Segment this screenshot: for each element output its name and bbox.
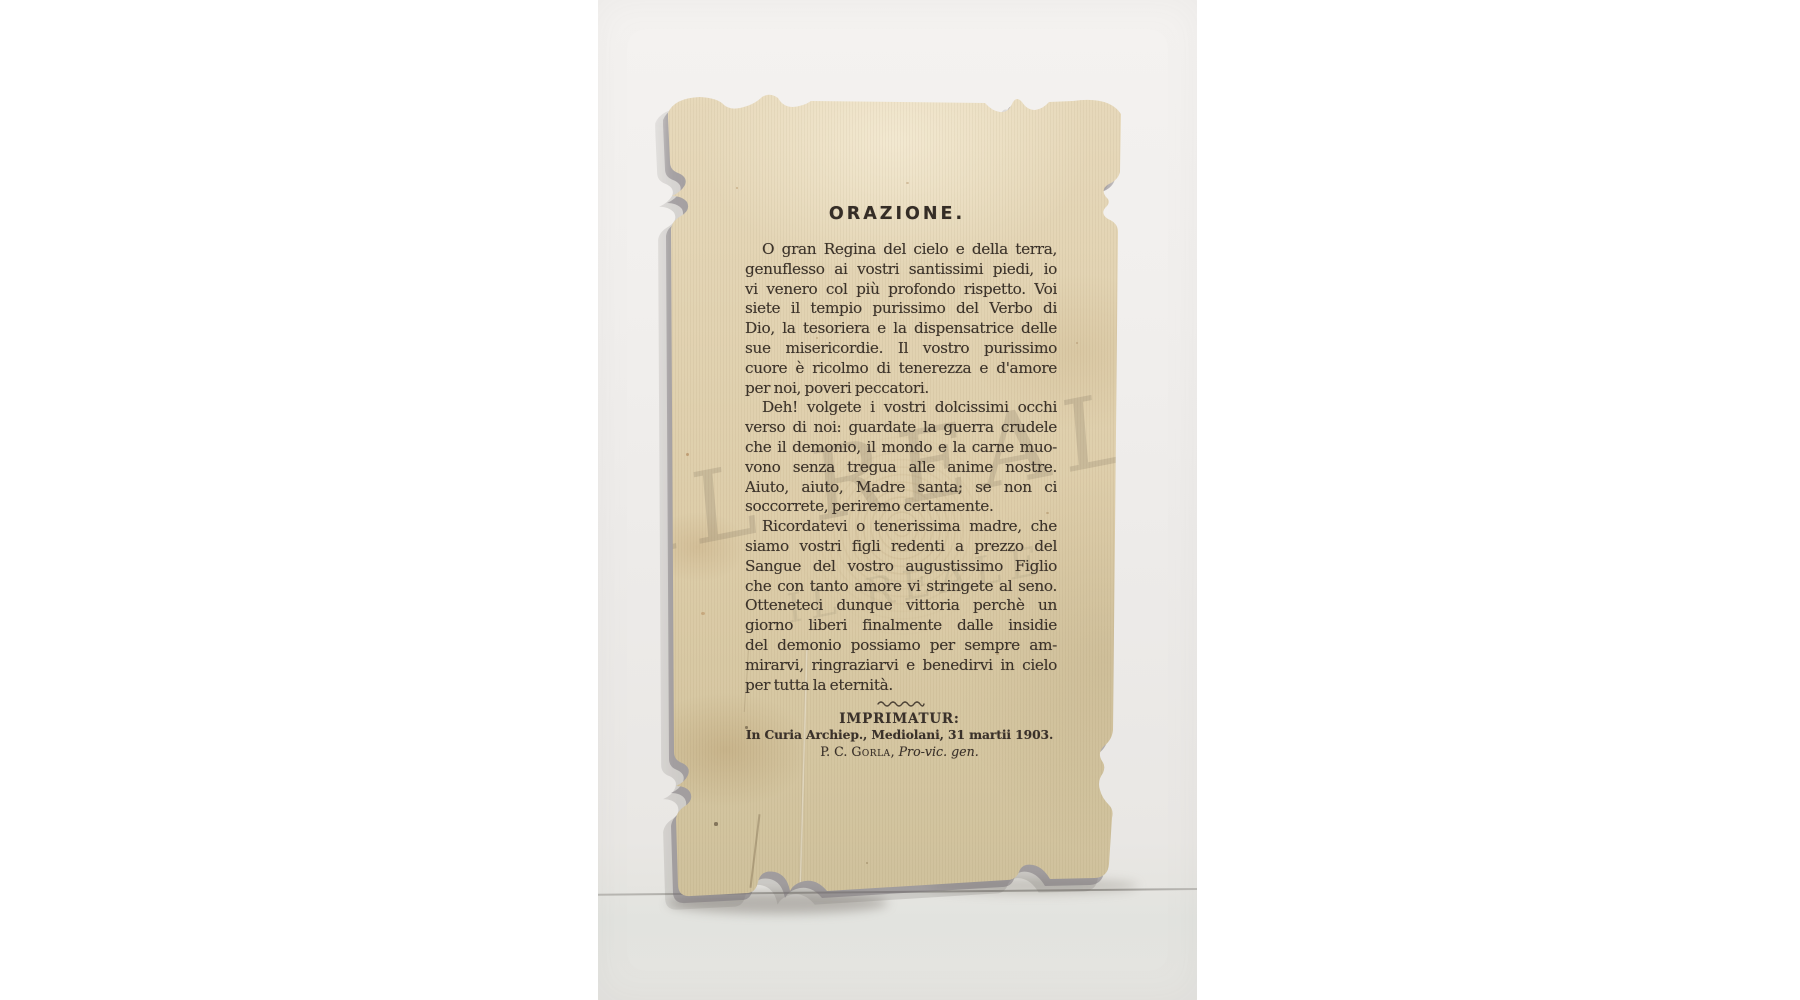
- paper-speck: [866, 862, 868, 864]
- prayer-line: soccorrete, periremo certamente.: [745, 497, 1057, 517]
- holy-card-back: IL REALE IL REALE ORAZIONE. O gran Regin…: [666, 92, 1124, 904]
- prayer-line: Dio, la tesoriera e la dispensatrice del…: [745, 319, 1057, 339]
- paper-speck: [1076, 342, 1078, 344]
- prayer-line: Deh! volgete i vostri dolcissimi occhi: [745, 398, 1057, 418]
- imprimatur-signature-line: P. C. Gorla, Pro-vic. gen.: [743, 744, 1056, 760]
- signature-role: Pro-vic. gen.: [899, 744, 979, 759]
- prayer-line: siete il tempio purissimo del Verbo di: [745, 299, 1057, 319]
- prayer-line: del demonio possiamo per sempre am-: [745, 636, 1057, 656]
- prayer-line: che il demonio, il mondo e la carne muo-: [745, 438, 1057, 458]
- signature-name: Gorla: [851, 744, 890, 759]
- prayer-line: verso di noi: guardate la guerra crudele: [745, 418, 1057, 438]
- photo-of-holy-card: IL REALE IL REALE ORAZIONE. O gran Regin…: [0, 0, 1800, 1000]
- paper-speck: [701, 612, 705, 615]
- prayer-line: Aiuto, aiuto, Madre santa; se non ci: [745, 478, 1057, 498]
- paper-speck: [906, 182, 909, 184]
- prayer-line: genuflesso ai vostri santissimi piedi, i…: [745, 260, 1057, 280]
- imprimatur-heading: IMPRIMATUR:: [743, 711, 1056, 727]
- prayer-line: per noi, poveri peccatori.: [745, 379, 1057, 399]
- prayer-line: cuore è ricolmo di tenerezza e d'amore: [745, 359, 1057, 379]
- card-title: ORAZIONE.: [666, 204, 1128, 224]
- prayer-line: siamo vostri figli redenti a prezzo del: [745, 537, 1057, 557]
- prayer-line: per tutta la eternità.: [745, 676, 1057, 696]
- prayer-line: che con tanto amore vi stringete al seno…: [745, 577, 1057, 597]
- paper-speck: [736, 187, 738, 189]
- prayer-line: Otteneteci dunque vittoria perchè un: [745, 596, 1057, 616]
- signature-separator: ,: [891, 744, 899, 759]
- prayer-line: Ricordatevi o tenerissima madre, che: [745, 517, 1057, 537]
- prayer-line: O gran Regina del cielo e della terra,: [745, 240, 1057, 260]
- squiggle-divider-icon: [876, 694, 926, 704]
- imprimatur-block: IMPRIMATUR: In Curia Archiep., Mediolani…: [743, 711, 1056, 760]
- prayer-line: Sangue del vostro augustissimo Figlio: [745, 557, 1057, 577]
- paper-speck: [714, 822, 718, 826]
- prayer-line: mirarvi, ringraziarvi e benedirvi in cie…: [745, 656, 1057, 676]
- prayer-line: giorno liberi finalmente dalle insidie: [745, 616, 1057, 636]
- prayer-line: sue misericordie. Il vostro purissimo: [745, 339, 1057, 359]
- paper-speck: [686, 453, 689, 456]
- prayer-text: O gran Regina del cielo e della terra,ge…: [745, 240, 1057, 695]
- signature-prefix: P. C.: [820, 744, 851, 759]
- imprimatur-curia-line: In Curia Archiep., Mediolani, 31 martii …: [743, 727, 1056, 744]
- prayer-line: vi venero col più profondo rispetto. Voi: [745, 280, 1057, 300]
- prayer-line: vono senza tregua alle anime nostre.: [745, 458, 1057, 478]
